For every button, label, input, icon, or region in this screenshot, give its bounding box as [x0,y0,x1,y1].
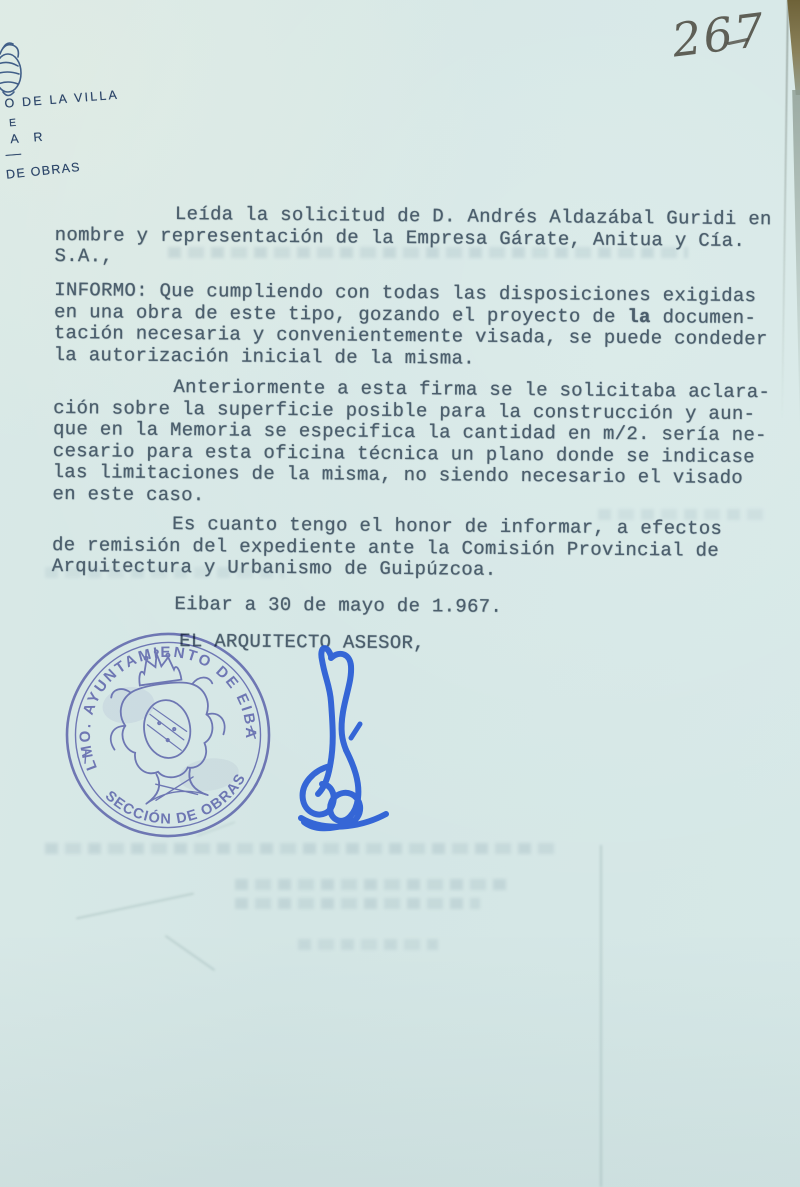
body-line-segment: documen- [651,306,757,329]
paper-crease [600,845,602,1187]
typed-body: Leída la solicitud de D. Andrés Aldazába… [0,0,800,1187]
bleedthrough-text [598,509,763,520]
svg-text:ILMO. AYUNTAMIENTO DE EIBAR: ILMO. AYUNTAMIENTO DE EIBAR [63,630,262,776]
overstruck-word: la [627,305,651,327]
paragraph-aclaracion: Anteriormente a esta firma se le solicit… [52,376,785,511]
stamp-top-text: ILMO. AYUNTAMIENTO DE EIBAR [63,630,262,776]
date-line: Eibar a 30 de mayo de 1.967. [174,594,800,622]
paragraph-solicitud: Leída la solicitud de D. Andrés Aldazába… [54,203,787,274]
handwritten-signature-icon [294,642,414,857]
document-page: O DE LA VILLA E A R — DE OBRAS 267 Leída… [0,0,800,1187]
bleedthrough-text [168,247,688,258]
bleedthrough-text [235,898,480,909]
bleedthrough-text [45,567,285,578]
bleedthrough-text [235,879,510,890]
stamp-left-separator: — [76,749,93,764]
paragraph-informo: INFORMO: Que cumpliendo con todas las di… [54,280,787,372]
bleedthrough-text [45,843,560,854]
date-text: Eibar a 30 de mayo de 1.967. [174,594,800,622]
municipal-seal-stamp-icon: ILMO. AYUNTAMIENTO DE EIBAR SECCIÓN DE O… [63,630,273,840]
bleedthrough-text [298,939,438,950]
